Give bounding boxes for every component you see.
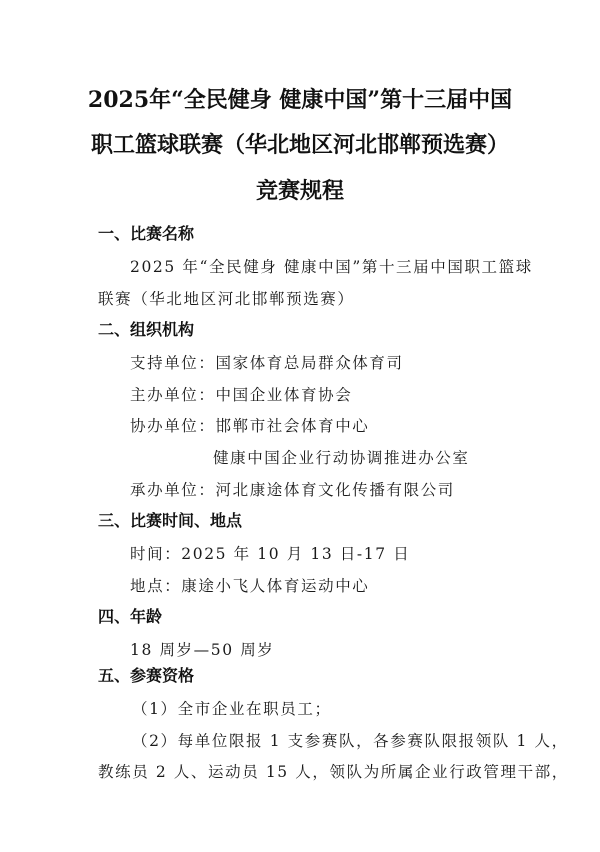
section-2-line-2: 主办单位：中国企业体育协会 [130,383,550,407]
section-heading-2: 二、组织机构 [98,318,194,342]
document-page: 2025年“全民健身 健康中国”第十三届中国 职工篮球联赛（华北地区河北邯郸预选… [0,0,600,852]
section-5-line-2: （2）每单位限报 1 支参赛队，各参赛队限报领队 1 人， [132,729,552,753]
document-title-line-1: 2025年“全民健身 健康中国”第十三届中国 [0,85,600,115]
section-3-line-2: 地点：康途小飞人体育运动中心 [130,574,550,598]
document-title-line-3: 竞赛规程 [0,176,600,206]
section-1-line-1: 2025 年“全民健身 健康中国”第十三届中国职工篮球 [130,255,550,279]
section-heading-1: 一、比赛名称 [98,222,194,246]
section-heading-3: 三、比赛时间、地点 [98,509,242,533]
section-1-line-2: 联赛（华北地区河北邯郸预选赛） [98,287,518,311]
document-title-line-2: 职工篮球联赛（华北地区河北邯郸预选赛） [0,130,600,160]
section-5-line-3: 教练员 2 人、运动员 15 人，领队为所属企业行政管理干部， [98,760,518,784]
section-2-line-5: 承办单位：河北康途体育文化传播有限公司 [130,478,550,502]
section-heading-4: 四、年龄 [98,605,162,629]
section-2-line-3: 协办单位：邯郸市社会体育中心 [130,414,550,438]
section-3-line-1: 时间：2025 年 10 月 13 日-17 日 [130,542,550,566]
section-2-line-1: 支持单位：国家体育总局群众体育司 [130,351,550,375]
section-heading-5: 五、参赛资格 [98,664,194,688]
section-2-line-4: 健康中国企业行动协调推进办公室 [213,446,600,470]
section-4-line-1: 18 周岁—50 周岁 [130,638,550,662]
section-5-line-1: （1）全市企业在职员工； [132,697,552,721]
